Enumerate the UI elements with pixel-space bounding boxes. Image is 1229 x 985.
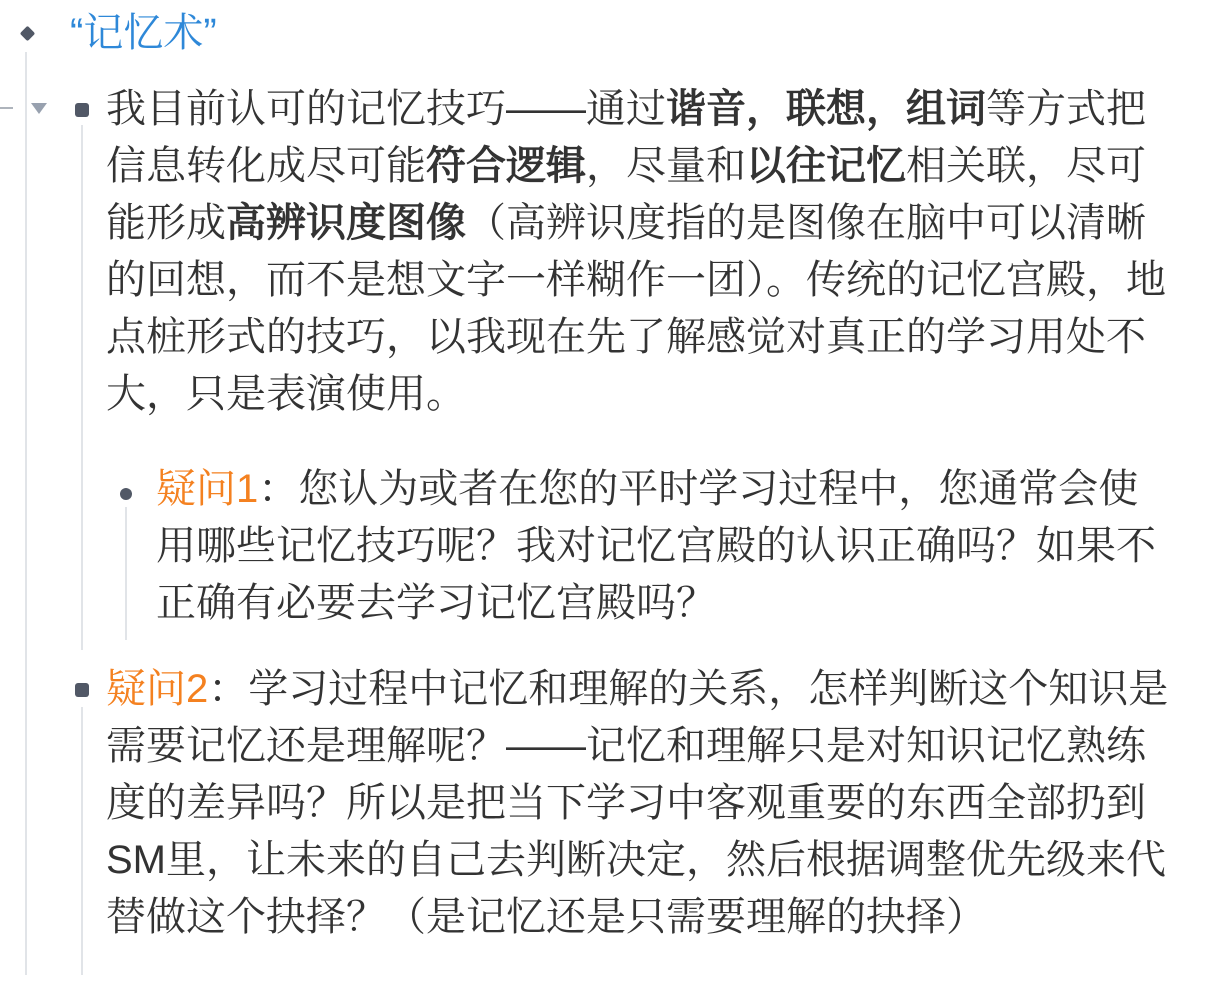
square-bullet-question-2[interactable] bbox=[75, 683, 89, 697]
text-run: ：学习过程中记忆和理解的关系，怎样判断这个知识是需要记忆还是理解呢？——记忆和理… bbox=[106, 667, 1168, 939]
guide-line-root bbox=[25, 52, 27, 975]
outline-item-memory-techniques[interactable]: 我目前认可的记忆技巧——通过谐音，联想，组词等方式把信息转化成尽可能符合逻辑，尽… bbox=[106, 81, 1176, 423]
text-run: 我目前认可的记忆技巧——通过 bbox=[106, 87, 666, 131]
text-run: ，尽量和 bbox=[586, 144, 746, 188]
text-run: 符合逻辑 bbox=[426, 144, 586, 188]
outline-item-question-2[interactable]: 疑问2：学习过程中记忆和理解的关系，怎样判断这个知识是需要记忆还是理解呢？——记… bbox=[106, 661, 1176, 946]
outline-item-question-1[interactable]: 疑问1：您认为或者在您的平时学习过程中，您通常会使用哪些记忆技巧呢？我对记忆宫殿… bbox=[156, 461, 1166, 632]
text-run: ：您认为或者在您的平时学习过程中，您通常会使用哪些记忆技巧呢？我对记忆宫殿的认识… bbox=[156, 467, 1156, 625]
guide-line-question-2 bbox=[81, 707, 83, 975]
text-run: 疑问2 bbox=[106, 667, 208, 711]
guide-line-item-1 bbox=[81, 125, 83, 650]
hover-dash bbox=[0, 107, 13, 109]
text-run: 以往记忆 bbox=[746, 144, 906, 188]
guide-line-question-1 bbox=[125, 507, 127, 640]
dot-bullet-question-1[interactable] bbox=[120, 488, 132, 500]
text-run: 谐音，联想，组词 bbox=[666, 87, 986, 131]
text-run: 疑问1 bbox=[156, 467, 258, 511]
outline-title[interactable]: “记忆术” bbox=[70, 8, 217, 58]
square-bullet-memory-techniques[interactable] bbox=[75, 103, 89, 117]
diamond-bullet-icon[interactable] bbox=[20, 26, 36, 42]
outline-document: “记忆术” 我目前认可的记忆技巧——通过谐音，联想，组词等方式把信息转化成尽可能… bbox=[0, 0, 1229, 985]
collapse-arrow-icon[interactable] bbox=[31, 103, 47, 114]
text-run: 高辨识度图像 bbox=[226, 201, 466, 245]
